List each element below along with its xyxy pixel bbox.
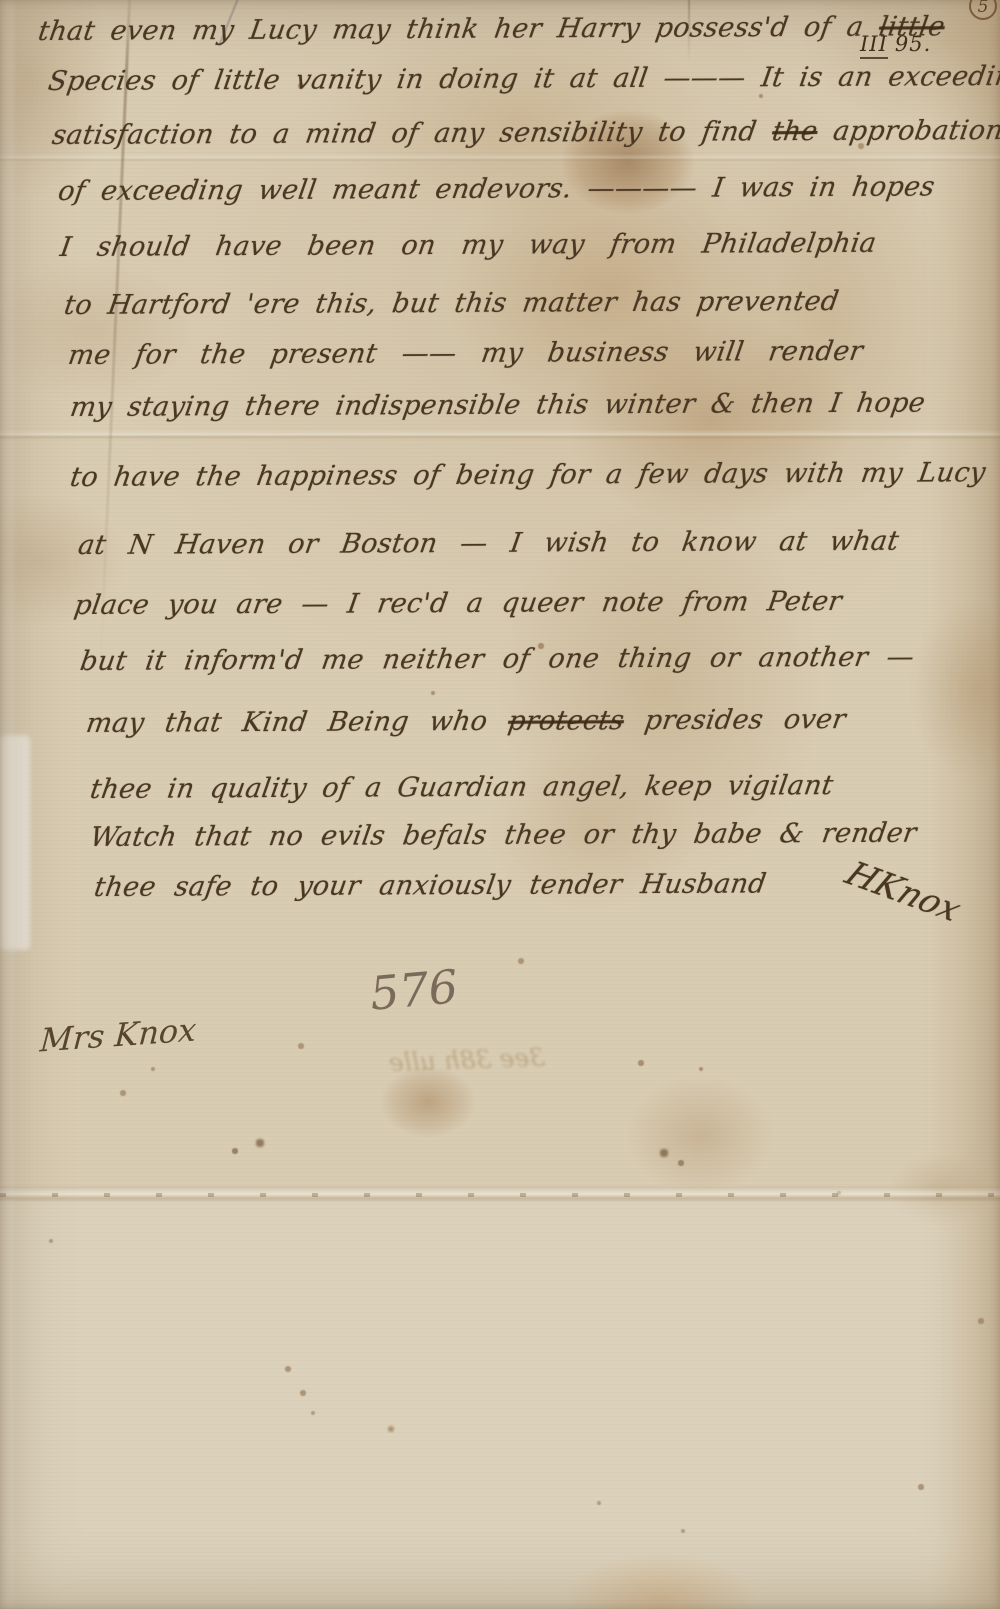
letter-line: at N Haven or Boston — I wish to know at…	[76, 526, 901, 561]
struck-word: protects	[506, 705, 626, 737]
letter-line: to have the happiness of being for a few…	[68, 457, 988, 493]
letter-text: thee safe to your anxiously tender Husba…	[92, 868, 768, 903]
letter-text: approbation	[815, 115, 1000, 147]
letter-text: me for the present —— my business will r…	[66, 336, 865, 371]
letter-line: Watch that no evils befals thee or thy b…	[88, 818, 919, 853]
letter-text: at N Haven or Boston — I wish to know at…	[76, 526, 901, 561]
letter-text: I should have been on my way from Philad…	[58, 228, 879, 263]
letter-line: that even my Lucy may think her Harry po…	[36, 11, 947, 47]
letter-body: that even my Lucy may think her Harry po…	[0, 0, 1000, 1609]
letter-text: may that Kind Being who	[84, 706, 511, 739]
letter-line: my staying there indispensible this wint…	[68, 388, 927, 423]
letter-text: that even my Lucy may think her Harry po…	[36, 12, 882, 47]
letter-line: Species of little vanity in doing it at …	[46, 60, 1000, 97]
letter-text: to Hartford 'ere this, but this matter h…	[62, 286, 841, 321]
letter-text: place you are — I rec'd a queer note fro…	[72, 586, 844, 621]
letter-page: 5 III95. that even my Lucy may think her…	[0, 0, 1000, 1609]
letter-line: may that Kind Being who protects preside…	[84, 704, 848, 739]
letter-line: satisfaction to a mind of any sensibilit…	[50, 115, 1000, 151]
struck-word: little	[877, 11, 947, 42]
letter-text: Species of little vanity in doing it at …	[46, 60, 1000, 97]
letter-text: my staying there indispensible this wint…	[68, 388, 927, 423]
letter-text: of exceeding well meant endevors. ———— I…	[56, 171, 937, 207]
letter-line: of exceeding well meant endevors. ———— I…	[56, 171, 937, 207]
letter-line: but it inform'd me neither of one thing …	[78, 642, 917, 677]
letter-line: me for the present —— my business will r…	[66, 336, 865, 371]
letter-line: place you are — I rec'd a queer note fro…	[72, 586, 844, 621]
letter-line: thee safe to your anxiously tender Husba…	[92, 868, 768, 903]
letter-text: but it inform'd me neither of one thing …	[78, 642, 917, 677]
struck-word: the	[770, 116, 820, 147]
archival-center-number: 576	[368, 959, 460, 1020]
letter-text: thee in quality of a Guardian angel, kee…	[88, 770, 835, 805]
letter-line: I should have been on my way from Philad…	[58, 228, 879, 263]
letter-text: to have the happiness of being for a few…	[68, 457, 988, 493]
letter-line: thee in quality of a Guardian angel, kee…	[88, 770, 835, 805]
letter-text: Watch that no evils befals thee or thy b…	[88, 818, 919, 853]
letter-text: satisfaction to a mind of any sensibilit…	[50, 116, 775, 151]
letter-text: presides over	[622, 704, 848, 736]
letter-line: to Hartford 'ere this, but this matter h…	[62, 286, 841, 321]
